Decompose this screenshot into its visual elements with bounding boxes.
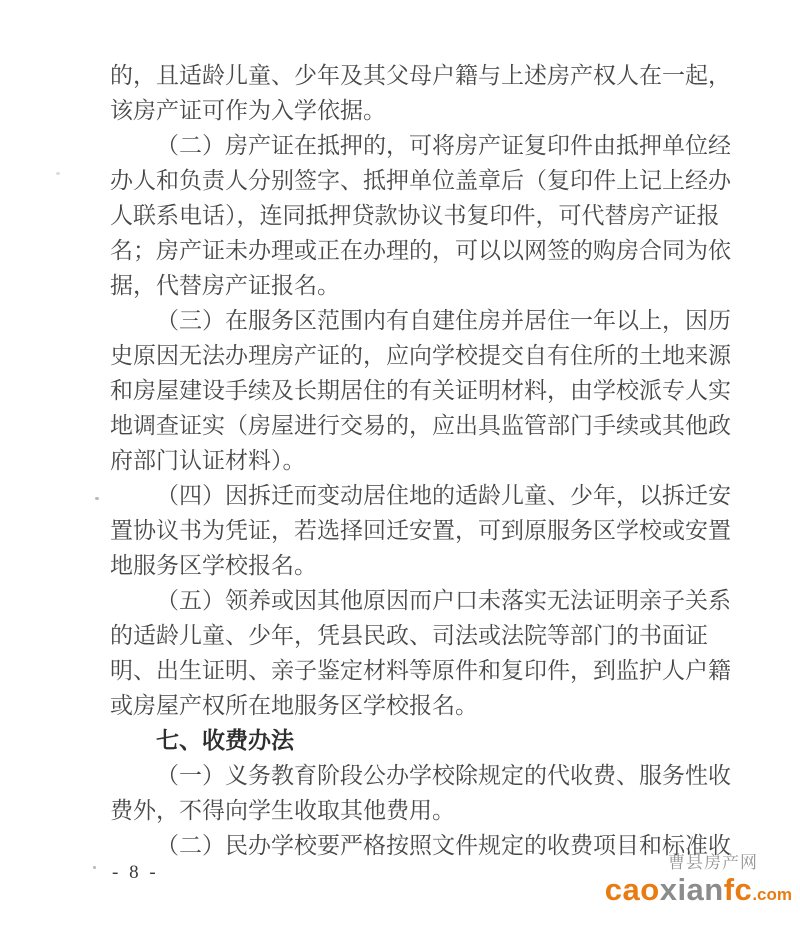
- document-line: 的适龄儿童、少年，凭县民政、司法或法院等部门的书面证: [110, 618, 755, 653]
- document-line: 明、出生证明、亲子鉴定材料等原件和复印件，到监护人户籍: [110, 653, 755, 688]
- document-line: 和房屋建设手续及长期居住的有关证明材料，由学校派专人实: [110, 373, 755, 408]
- logo-segment: xian: [660, 872, 724, 907]
- logo-segment: fc: [724, 872, 753, 907]
- logo-tld: .com: [752, 885, 792, 904]
- logo-segment: cao: [605, 872, 660, 907]
- watermark-site-name: 曹县房产网: [605, 852, 792, 874]
- document-line: 地调查证实（房屋进行交易的，应出具监管部门手续或其他政: [110, 408, 755, 443]
- document-line: 或房屋产权所在地服务区学校报名。: [110, 688, 755, 723]
- document-line: 名；房产证未办理或正在办理的，可以以网签的购房合同为依: [110, 233, 755, 268]
- page-number: - 8 -: [112, 862, 159, 884]
- document-line: 据，代替房产证报名。: [110, 268, 755, 303]
- document-line: （四）因拆迁而变动居住地的适龄儿童、少年，以拆迁安: [110, 478, 755, 513]
- section-heading: 七、收费办法: [110, 723, 755, 758]
- document-line: 该房产证可作为入学依据。: [110, 93, 755, 128]
- watermark-logo: caoxianfc.com: [605, 874, 792, 911]
- document-line: （五）领养或因其他原因而户口未落实无法证明亲子关系: [110, 583, 755, 618]
- document-line: 置协议书为凭证，若选择回迁安置，可到原服务区学校或安置: [110, 513, 755, 548]
- scan-speck: [56, 172, 60, 175]
- document-text-block: 的，且适龄儿童、少年及其父母户籍与上述房产权人在一起， 该房产证可作为入学依据。…: [110, 58, 755, 863]
- document-line: 史原因无法办理房产证的，应向学校提交自有住所的土地来源: [110, 338, 755, 373]
- document-line: 的，且适龄儿童、少年及其父母户籍与上述房产权人在一起，: [110, 58, 755, 93]
- document-line: 地服务区学校报名。: [110, 548, 755, 583]
- scan-speck: [93, 866, 96, 869]
- document-line: （二）房产证在抵押的，可将房产证复印件由抵押单位经: [110, 128, 755, 163]
- document-line: （一）义务教育阶段公办学校除规定的代收费、服务性收: [110, 758, 755, 793]
- document-page: 的，且适龄儿童、少年及其父母户籍与上述房产权人在一起， 该房产证可作为入学依据。…: [0, 0, 800, 928]
- document-line: （三）在服务区范围内有自建住房并居住一年以上，因历: [110, 303, 755, 338]
- document-line: 费外，不得向学生收取其他费用。: [110, 793, 755, 828]
- scan-speck: [95, 497, 99, 500]
- document-line: 府部门认证材料）。: [110, 443, 755, 478]
- document-line: 办人和负责人分别签字、抵押单位盖章后（复印件上记上经办: [110, 163, 755, 198]
- site-watermark: 曹县房产网 caoxianfc.com: [605, 852, 792, 911]
- document-line: 人联系电话），连同抵押贷款协议书复印件，可代替房产证报: [110, 198, 755, 233]
